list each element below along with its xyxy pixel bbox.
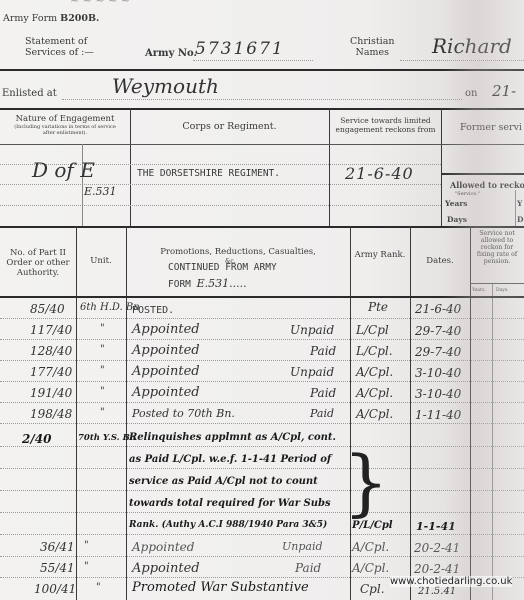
army-no-underline xyxy=(193,60,313,61)
not-allowed-divider xyxy=(470,283,524,284)
row-rank: Cpl. xyxy=(360,582,385,596)
row-line xyxy=(0,423,524,424)
row-rank: L/Cpl. xyxy=(356,344,393,358)
service-record-document: ~ ~ ~ ~ ~ Army Form B200B. Statement of … xyxy=(0,0,524,600)
row-rank: A/Cpl. xyxy=(356,407,393,421)
row-authority: 198/48 xyxy=(30,407,72,421)
row-authority: 117/40 xyxy=(30,323,72,337)
army-no-label: Army No. xyxy=(145,48,197,59)
row-line xyxy=(0,446,524,447)
engagement-dotline-3 xyxy=(0,205,441,206)
continued-text: CONTINUED FROM ARMY xyxy=(168,262,277,273)
row-rank: A/Cpl. xyxy=(352,561,389,575)
row-line xyxy=(0,381,524,382)
row-date: 29-7-40 xyxy=(415,324,461,338)
row-status: Paid xyxy=(310,386,336,400)
service-from-header: Service towards limited engagement recko… xyxy=(330,116,441,134)
rank-header: Army Rank. xyxy=(350,250,410,260)
enlisted-at-label: Enlisted at xyxy=(2,88,57,99)
nature-sub-divider xyxy=(82,144,83,226)
christian-names-underline xyxy=(400,60,524,61)
unit-header: Unit. xyxy=(76,256,126,266)
row-entry: Appointed xyxy=(132,364,200,379)
row-date: 29-7-40 xyxy=(415,345,461,359)
header-divider xyxy=(0,69,524,71)
record-col-divider-unit xyxy=(126,226,127,600)
continued-line-1: CONTINUED FROM ARMY xyxy=(168,262,277,273)
row-unit: " xyxy=(100,344,105,355)
continued-amp: &c. xyxy=(225,258,236,265)
row-status: Paid xyxy=(295,561,321,575)
row-status: Paid xyxy=(310,344,336,358)
enlisted-underline xyxy=(62,99,462,100)
row-unit: " xyxy=(100,386,105,397)
allowed-col2-days: D xyxy=(517,215,524,224)
engagement-table-top xyxy=(0,108,524,110)
row-authority: 177/40 xyxy=(30,365,72,379)
row-authority: 100/41 xyxy=(34,582,76,596)
row-unit: 6th H.D. Bn xyxy=(80,302,140,313)
christian-names-label-2: Names xyxy=(350,47,394,58)
row-unit: 70th Y.S. Bn xyxy=(78,433,136,443)
row-unit: " xyxy=(84,561,89,572)
nature-value: D of E xyxy=(32,158,95,182)
form-number-value: B200B. xyxy=(60,13,99,24)
allowed-col-divider xyxy=(515,190,516,226)
row-date: 21-6-40 xyxy=(415,302,461,316)
row-unit: " xyxy=(96,582,101,593)
row-line xyxy=(0,339,524,340)
row-rank: L/Cpl xyxy=(356,323,389,337)
row-entry: Appointed xyxy=(132,343,200,358)
enlisted-date-value: 21- xyxy=(492,82,516,100)
row-entry: Appointed xyxy=(132,561,200,576)
faint-top-annotation: ~ ~ ~ ~ ~ xyxy=(70,0,130,7)
row-date: 20-2-41 xyxy=(414,541,460,555)
allowed-col2-years: Y xyxy=(517,199,522,208)
row-date: 1-11-40 xyxy=(415,408,461,422)
record-col-divider-promotions xyxy=(350,226,351,600)
authority-header: No. of Part II Order or other Authority. xyxy=(0,248,76,278)
row-authority: 55/41 xyxy=(40,561,75,575)
row-line xyxy=(0,534,524,535)
row-authority: 85/40 xyxy=(30,302,65,316)
record-col-divider-rank xyxy=(410,226,411,600)
army-no-value: 5731671 xyxy=(195,39,285,59)
promotions-header: Promotions, Reductions, Casualties, xyxy=(126,247,350,257)
not-allowed-header: Service not allowed to reckon for fixing… xyxy=(472,230,522,265)
on-label: on xyxy=(465,88,477,99)
row-date: 3-10-40 xyxy=(415,387,461,401)
allowed-days-label: Days xyxy=(447,215,467,224)
row-date: 21.5.41 xyxy=(418,586,456,597)
row-rank: A/Cpl. xyxy=(356,386,393,400)
continued-form-label: FORM xyxy=(168,279,191,290)
row-rank: A/Cpl. xyxy=(352,540,389,554)
allowed-label: Allowed to reckon xyxy=(450,180,524,190)
not-allowed-years: Years. xyxy=(472,288,486,293)
row-unit: " xyxy=(100,365,105,376)
row-entry: Appointed xyxy=(132,385,200,400)
row-line xyxy=(0,402,524,403)
row-line xyxy=(0,360,524,361)
statement-label-line-2: Services of :— xyxy=(25,47,94,58)
row-status: Paid xyxy=(310,407,334,420)
row-entry: Promoted War Substantive xyxy=(132,580,309,595)
row-rank: A/Cpl. xyxy=(356,365,393,379)
row-rank: Pte xyxy=(368,300,388,314)
former-service-header: Former servi xyxy=(460,122,522,133)
allowed-divider xyxy=(441,173,524,175)
row-entry: POSTED. xyxy=(132,305,174,316)
dates-header: Dates. xyxy=(410,256,470,266)
nature-header: Nature of Engagement (Including variatio… xyxy=(0,114,130,136)
nature-header-sub: (Including variations in terms of servic… xyxy=(0,124,130,136)
service-from-value: 21-6-40 xyxy=(345,164,414,183)
engagement-dotline-2 xyxy=(0,184,441,185)
form-number: Army Form B200B. xyxy=(3,13,99,24)
row-status: Unpaid xyxy=(290,365,334,379)
christian-names-value: Richard xyxy=(432,34,512,58)
row-entry: service as Paid A/Cpl not to count xyxy=(129,476,318,487)
brace-icon: } xyxy=(343,432,389,532)
not-allowed-days: Days. xyxy=(496,288,509,293)
row-entry: Posted to 70th Bn. xyxy=(132,407,235,420)
christian-names-label: Christian Names xyxy=(350,36,394,58)
row-line xyxy=(0,556,524,557)
record-col-divider-authority xyxy=(76,226,77,600)
row-status: Unpaid xyxy=(290,323,334,337)
nature-ref: E.531 xyxy=(84,185,117,198)
row-entry: towards total required for War Subs xyxy=(129,498,331,509)
former-header-divider xyxy=(441,144,524,145)
row-entry: Appointed xyxy=(132,322,200,337)
row-unit: " xyxy=(100,407,105,418)
form-number-prefix: Army Form xyxy=(3,13,57,24)
row-line xyxy=(0,468,524,469)
row-entry: as Paid L/Cpl. w.e.f. 1-1-41 Period of xyxy=(129,454,331,465)
enlisted-at-value: Weymouth xyxy=(112,74,219,98)
engagement-table-bottom xyxy=(0,226,524,228)
continued-line-2: FORM E.531..... xyxy=(168,277,247,290)
row-line xyxy=(0,318,524,319)
christian-names-label-1: Christian xyxy=(350,36,394,47)
corps-value: THE DORSETSHIRE REGIMENT. xyxy=(137,168,280,179)
row-unit: " xyxy=(100,323,105,334)
row-date: 3-10-40 xyxy=(415,366,461,380)
row-authority: 191/40 xyxy=(30,386,72,400)
row-date: 20-2-41 xyxy=(414,562,460,576)
row-authority: 128/40 xyxy=(30,344,72,358)
record-col-divider-years xyxy=(492,283,493,600)
row-entry: Appointed xyxy=(132,540,194,554)
engagement-col-divider-3 xyxy=(441,108,442,226)
statement-label: Statement of Services of :— xyxy=(25,36,94,58)
row-line xyxy=(0,512,524,513)
row-authority: 2/40 xyxy=(22,432,51,446)
row-authority: 36/41 xyxy=(40,540,75,554)
row-date: 1-1-41 xyxy=(416,520,456,533)
row-rank: P/L/Cpl xyxy=(352,520,393,531)
statement-label-line-1: Statement of xyxy=(25,36,94,47)
watermark: www.chotiedarling.co.uk xyxy=(390,576,512,587)
nature-header-title: Nature of Engagement xyxy=(0,114,130,124)
row-entry: Rank. (Authy A.C.I 988/1940 Para 3&5) xyxy=(129,520,327,530)
row-entry: Relinquishes applmnt as A/Cpl, cont. xyxy=(129,432,336,443)
allowed-service-label: "Service." xyxy=(455,191,480,197)
row-status: Unpaid xyxy=(282,540,323,553)
allowed-years-label: Years xyxy=(445,199,468,208)
row-line xyxy=(0,490,524,491)
record-header-bottom xyxy=(0,296,524,298)
engagement-header-divider xyxy=(0,144,441,145)
continued-form-ref: E.531..... xyxy=(197,277,247,290)
row-unit: " xyxy=(84,540,89,551)
corps-header: Corps or Regiment. xyxy=(130,122,329,132)
